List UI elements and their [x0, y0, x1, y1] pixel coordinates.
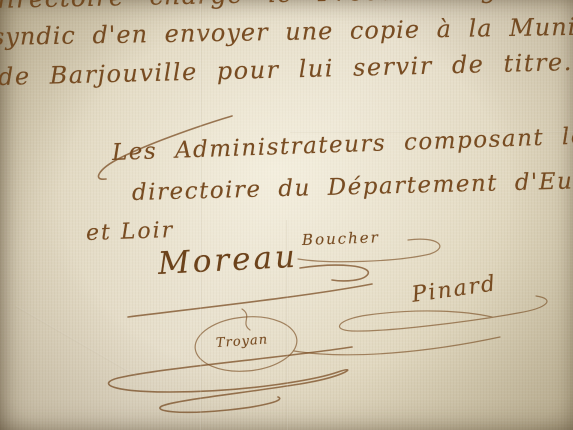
body-line-3: de Barjouville pour lui servir de titre. [0, 48, 573, 91]
bottom-paraph-stroke [109, 347, 352, 412]
signature-boucher: Boucher [302, 228, 380, 249]
signature-troyan: Troyan [215, 332, 268, 351]
closing-line-1: Les Administrateurs composant le [112, 123, 573, 166]
corner-crease [15, 305, 137, 377]
troyan-tail-stroke [294, 337, 500, 355]
body-line-2: syndic d'en envoyer une copie à la Munic… [0, 11, 573, 51]
closing-line-3: et Loir [86, 218, 175, 246]
signature-pinard: Pinard [410, 271, 498, 308]
troyan-top-squiggle-stroke [242, 309, 250, 330]
moreau-underline-stroke [128, 284, 372, 317]
moreau-tail-stroke [300, 265, 368, 281]
body-line-1: directoire chargé le Procureur général [0, 0, 573, 14]
manuscript-photo: directoire chargé le Procureur général s… [0, 0, 573, 430]
closing-line-2: directoire du Département d'Eure [132, 168, 573, 206]
signature-moreau: Moreau [157, 239, 299, 282]
